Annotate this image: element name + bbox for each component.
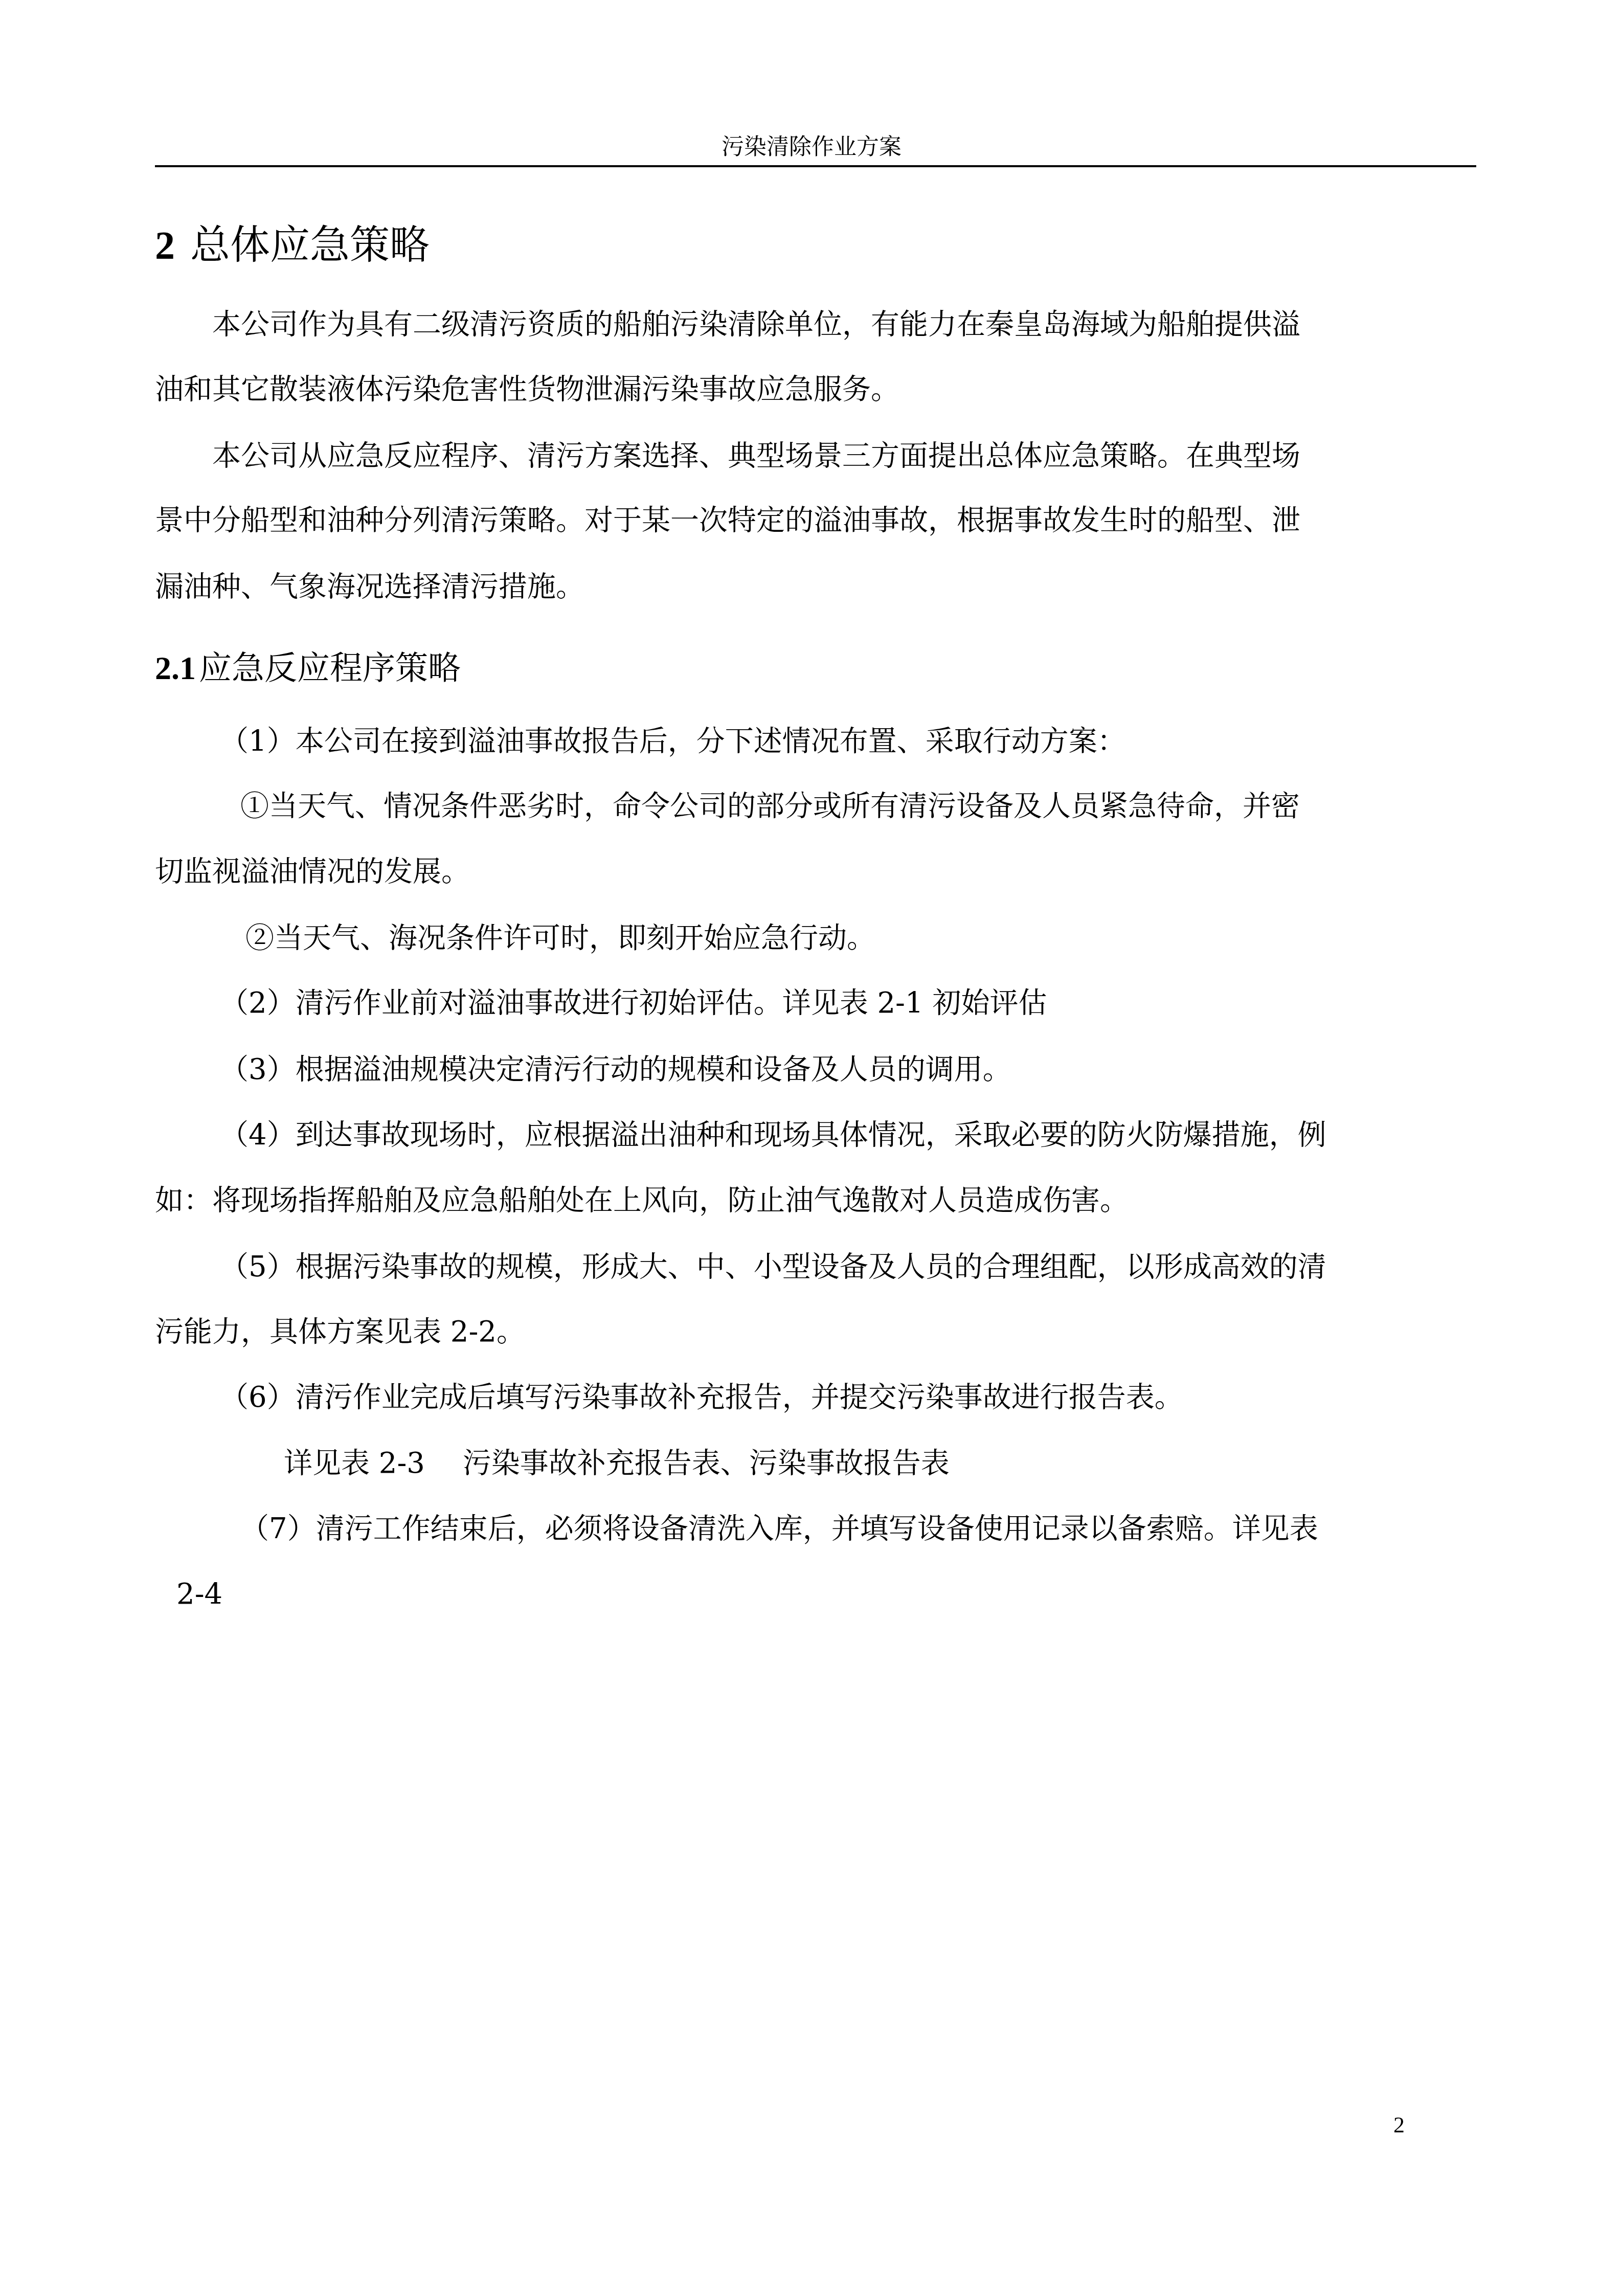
paragraph-line: 油和其它散装液体污染危害性货物泄漏污染事故应急服务。 xyxy=(155,369,899,410)
subsection-title: 应急反应程序策略 xyxy=(199,649,461,687)
section-number: 2 xyxy=(155,223,175,267)
list-item: （2）清污作业前对溢油事故进行初始评估。详见表 2-1 初始评估 xyxy=(220,983,1047,1024)
list-item: 如：将现场指挥船舶及应急船舶处在上风向，防止油气逸散对人员造成伤害。 xyxy=(155,1180,1129,1221)
list-item: （4）到达事故现场时，应根据溢出油种和现场具体情况，采取必要的防火防爆措施，例 xyxy=(220,1115,1326,1156)
section-heading: 2总体应急策略 xyxy=(155,220,430,271)
list-item: 污能力，具体方案见表 2-2。 xyxy=(155,1312,525,1353)
list-item: （7）清污工作结束后，必须将设备清洗入库，并填写设备使用记录以备索赔。详见表 xyxy=(240,1509,1318,1549)
section-title: 总体应急策略 xyxy=(190,222,430,268)
paragraph-line: 漏油种、气象海况选择清污措施。 xyxy=(155,567,584,607)
running-header-title: 污染清除作业方案 xyxy=(0,132,1623,163)
list-item: （3）根据溢油规模决定清污行动的规模和设备及人员的调用。 xyxy=(220,1049,1011,1090)
list-item: 切监视溢油情况的发展。 xyxy=(155,851,470,892)
list-item: 2-4 xyxy=(176,1574,222,1615)
subsection-number: 2.1 xyxy=(155,650,196,686)
list-item: （1）本公司在接到溢油事故报告后，分下述情况布置、采取行动方案： xyxy=(220,721,1126,762)
paragraph-line: 本公司作为具有二级清污资质的船舶污染清除单位，有能力在秦皇岛海域为船舶提供溢 xyxy=(212,304,1300,345)
paragraph-line: 景中分船型和油种分列清污策略。对于某一次特定的溢油事故，根据事故发生时的船型、泄 xyxy=(155,500,1300,541)
list-item: ①当天气、情况条件恶劣时，命令公司的部分或所有清污设备及人员紧急待命，并密 xyxy=(240,786,1300,827)
subsection-heading: 2.1应急反应程序策略 xyxy=(155,645,461,691)
list-item: （6）清污作业完成后填写污染事故补充报告，并提交污染事故进行报告表。 xyxy=(220,1377,1183,1418)
header-divider xyxy=(155,165,1476,167)
page-number: 2 xyxy=(1393,2112,1405,2138)
list-item: ②当天气、海况条件许可时，即刻开始应急行动。 xyxy=(245,918,875,959)
list-item: （5）根据污染事故的规模，形成大、中、小型设备及人员的合理组配，以形成高效的清 xyxy=(220,1247,1326,1288)
list-item: 详见表 2-3 污染事故补充报告表、污染事故报告表 xyxy=(284,1443,950,1484)
paragraph-line: 本公司从应急反应程序、清污方案选择、典型场景三方面提出总体应急策略。在典型场 xyxy=(212,436,1300,477)
